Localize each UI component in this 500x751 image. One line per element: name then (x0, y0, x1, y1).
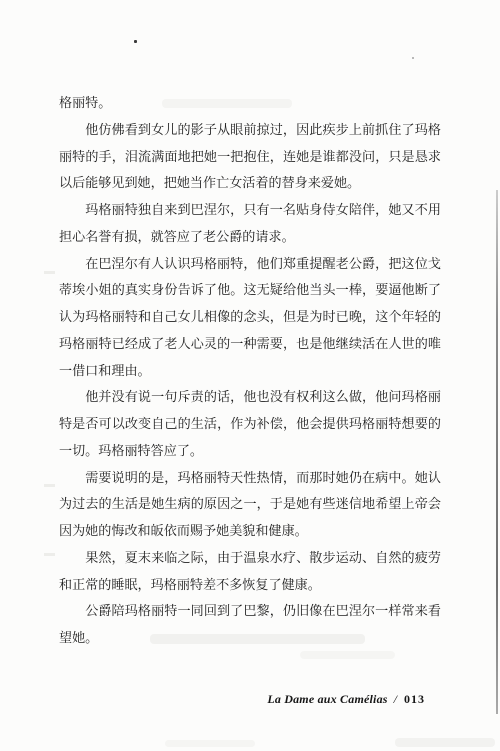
paragraph: 他并没有说一句斥责的话，他也没有权利这么做，他问玛格丽特是否可以改变自己的生活，… (59, 384, 441, 464)
body-text: 格丽特。 他仿佛看到女儿的影子从眼前掠过，因此疾步上前抓住了玛格丽特的手，泪流满… (59, 90, 441, 652)
bleedthrough-mark (44, 271, 55, 274)
paragraph: 果然，夏末来临之际，由于温泉水疗、散步运动、自然的疲劳和正常的睡眠，玛格丽特差不… (59, 545, 441, 599)
paragraph: 玛格丽特独自来到巴涅尔，只有一名贴身侍女陪伴，她又不用担心名誉有损，就答应了老公… (59, 197, 441, 251)
paragraph-continuation: 格丽特。 (59, 90, 441, 117)
footer-separator: / (394, 692, 397, 706)
bleedthrough-mark (44, 553, 55, 556)
paragraph: 需要说明的是，玛格丽特天性热情，而那时她仍在病中。她认为过去的生活是她生病的原因… (59, 465, 441, 545)
bleedthrough-smudge (395, 738, 495, 747)
scan-speck-dark (134, 40, 137, 43)
scan-speck-light (412, 57, 414, 59)
book-page: 格丽特。 他仿佛看到女儿的影子从眼前掠过，因此疾步上前抓住了玛格丽特的手，泪流满… (0, 0, 500, 751)
scan-edge-line (496, 190, 498, 714)
paragraph: 在巴涅尔有人认识玛格丽特，他们郑重提醒老公爵，把这位戈蒂埃小姐的真实身份告诉了他… (59, 251, 441, 385)
footer-book-title: La Dame aux Camélias (267, 692, 387, 706)
bleedthrough-smudge (165, 740, 255, 747)
footer-page-number: 013 (404, 692, 425, 706)
page-footer: La Dame aux Camélias/013 (267, 692, 425, 707)
paragraph: 公爵陪玛格丽特一同回到了巴黎，仍旧像在巴涅尔一样常来看望她。 (59, 598, 441, 652)
bleedthrough-smudge (300, 651, 395, 659)
paragraph: 他仿佛看到女儿的影子从眼前掠过，因此疾步上前抓住了玛格丽特的手，泪流满面地把她一… (59, 117, 441, 197)
bleedthrough-mark (44, 484, 55, 487)
